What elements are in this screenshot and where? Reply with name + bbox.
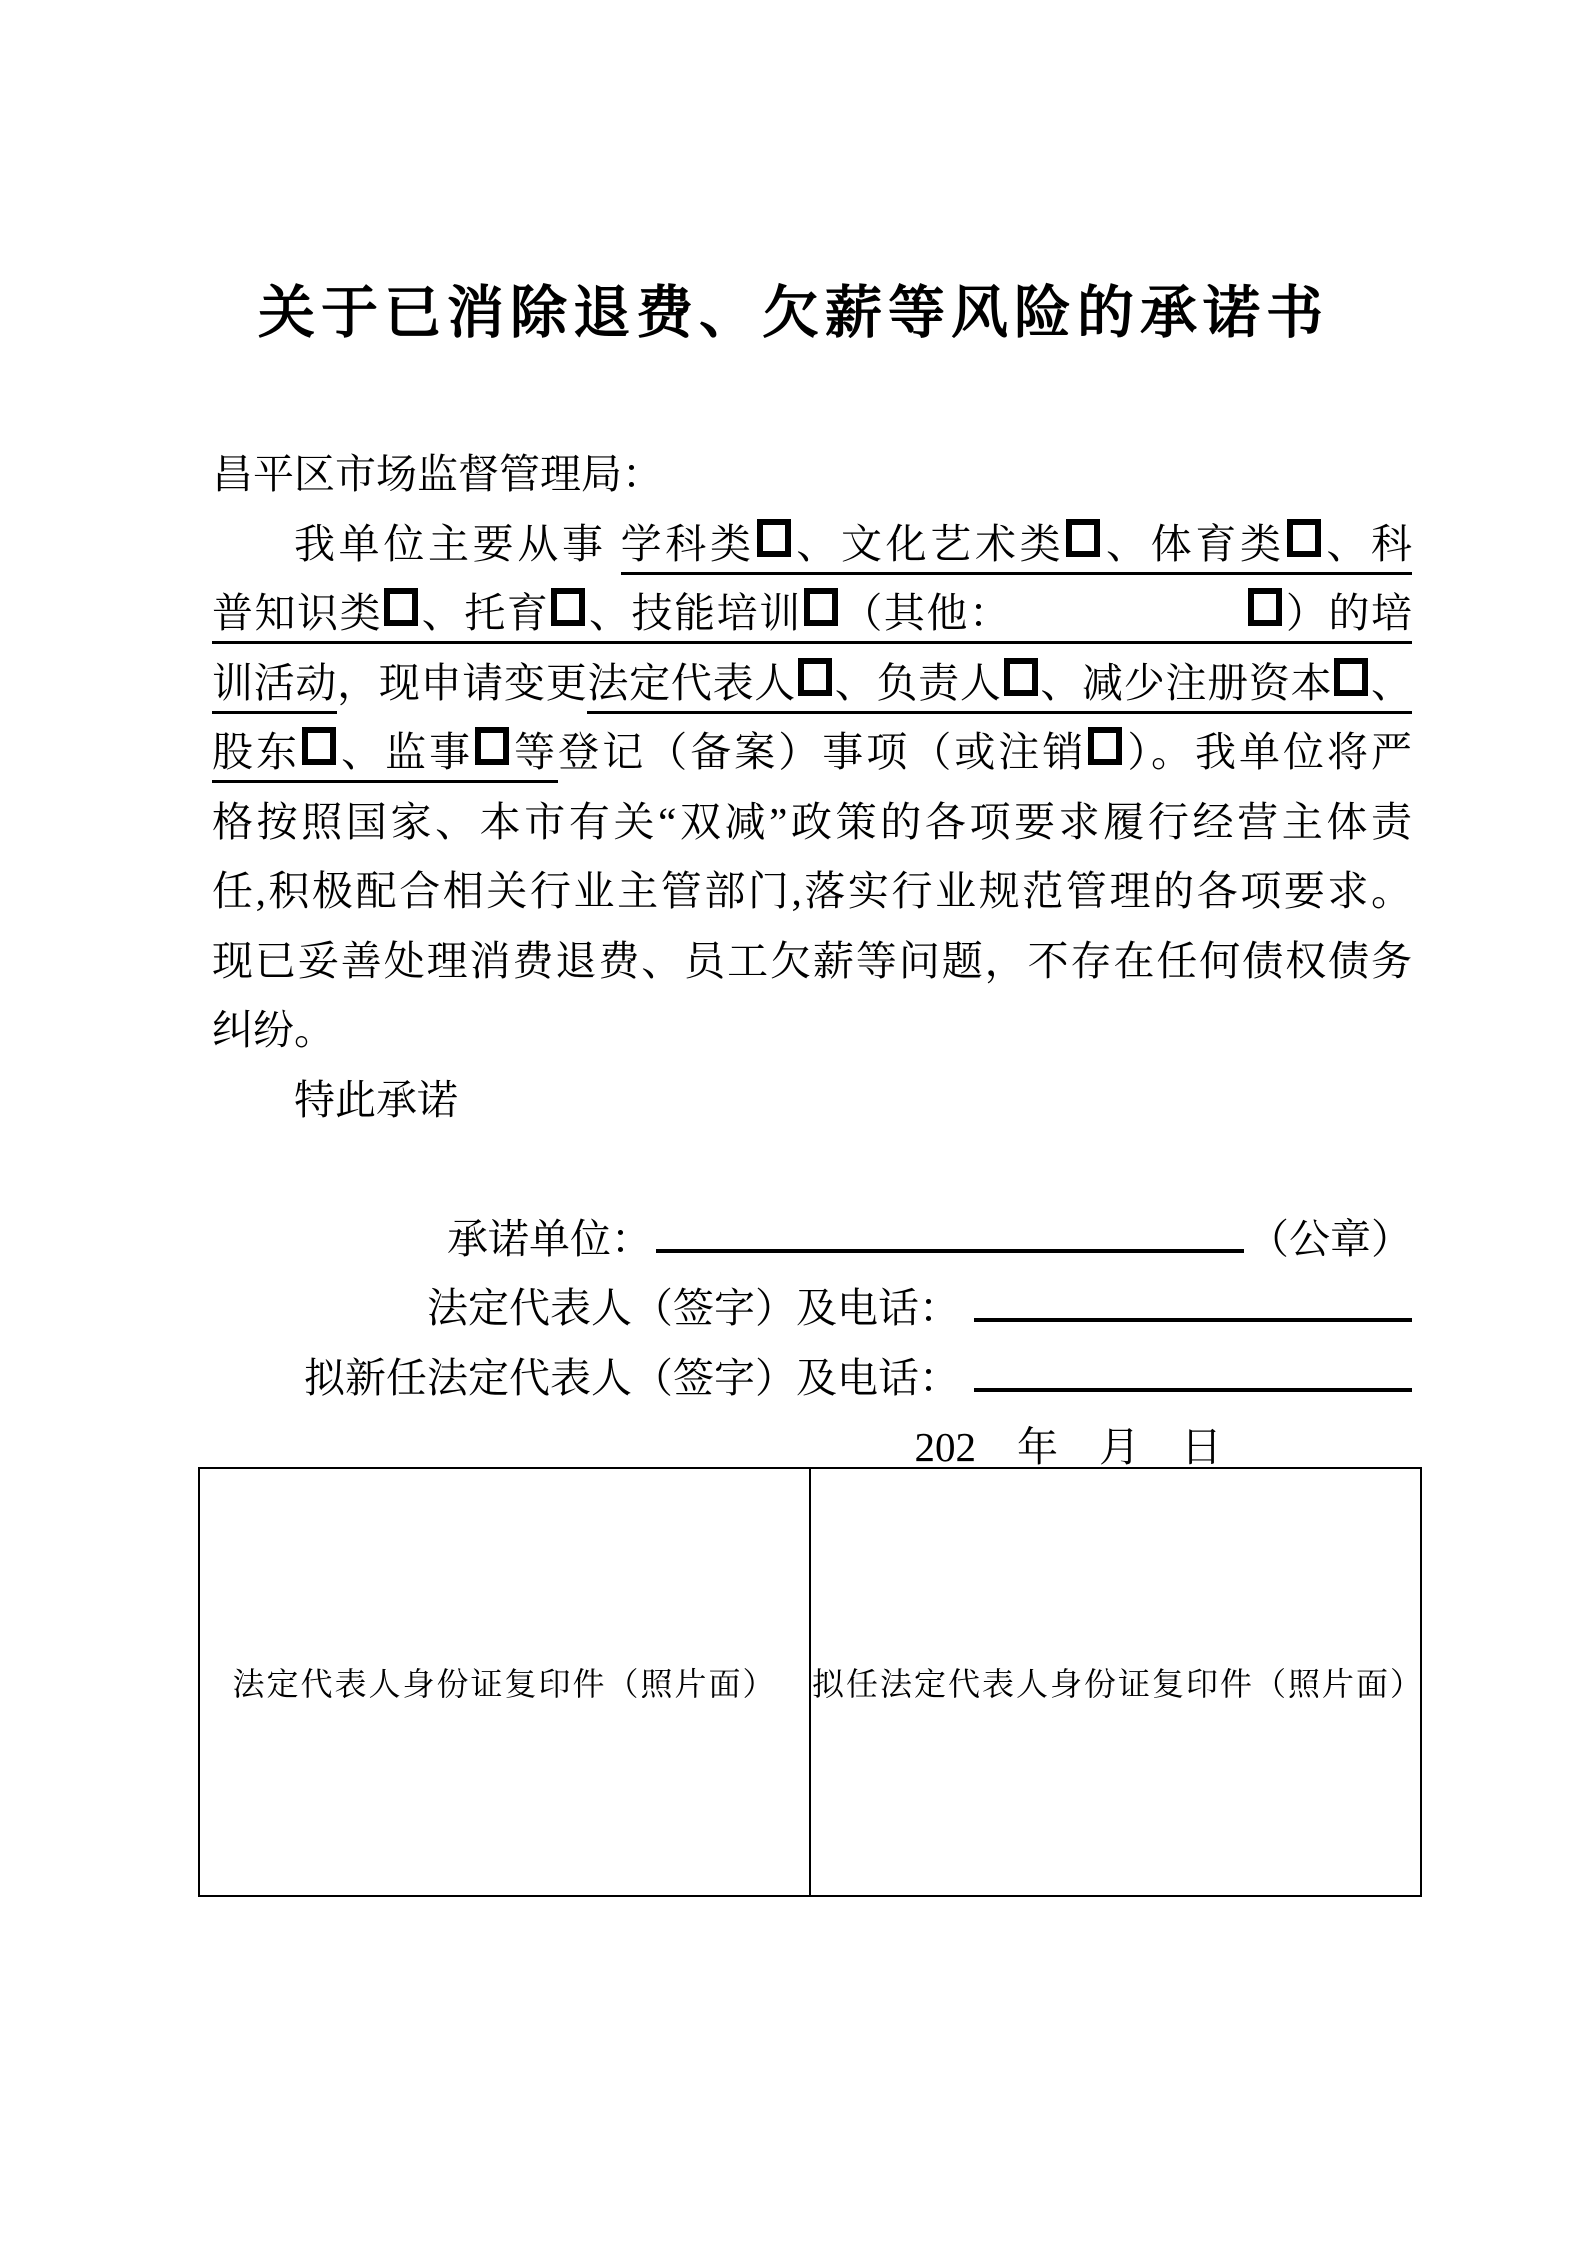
checkbox-icon[interactable] <box>1004 658 1038 696</box>
checkbox-icon[interactable] <box>384 588 418 626</box>
text: 格按照国家、本市有关“双减”政策的各项要求履行经营主体责 <box>212 799 1412 845</box>
salutation: 昌平区市场监督管理局： <box>212 440 1412 510</box>
paragraph-line: 现已妥善处理消费退费、员工欠薪等问题，不存在任何债权债务 <box>212 927 1412 997</box>
signature-proposed-legal-rep-blank[interactable] <box>974 1348 1412 1392</box>
text: 现已妥善处理消费退费、员工欠薪等问题，不存在任何债权债务 <box>212 938 1412 984</box>
document-body: 昌平区市场监督管理局： 我单位主要从事 学科类、文化艺术类、体育类、科普知识类、… <box>212 440 1412 1483</box>
underlined-text: 法定代表人、负责人、减少注册资本、 <box>587 660 1412 714</box>
blank-line <box>212 1135 1412 1205</box>
signature-unit-line: 承诺单位：（公章） <box>212 1205 1412 1275</box>
seal-label: （公章） <box>1248 1216 1412 1262</box>
text: ，现申请变更 <box>337 660 587 706</box>
checkbox-icon[interactable] <box>757 519 791 557</box>
document-title: 关于已消除退费、欠薪等风险的承诺书 <box>0 276 1587 350</box>
signature-legal-rep-blank[interactable] <box>974 1278 1412 1322</box>
underlined-text: 股东、监事等 <box>212 729 558 783</box>
paragraph: 我单位主要从事 学科类、文化艺术类、体育类、科普知识类、托育、技能培训（其他： … <box>212 510 1412 1136</box>
paragraph-line: 我单位主要从事 学科类、文化艺术类、体育类、科 <box>212 510 1412 580</box>
signature-legal-rep-line: 法定代表人（签字）及电话： <box>212 1274 1412 1344</box>
checkbox-icon[interactable] <box>804 588 838 626</box>
checkbox-icon[interactable] <box>1066 519 1100 557</box>
underlined-text: 普知识类、托育、技能培训（其他： ）的培 <box>212 590 1412 644</box>
document-page: 关于已消除退费、欠薪等风险的承诺书 昌平区市场监督管理局： 我单位主要从事 学科… <box>0 0 1587 2245</box>
paragraph-line: 普知识类、托育、技能培训（其他： ）的培 <box>212 579 1412 649</box>
checkbox-icon[interactable] <box>1334 658 1368 696</box>
checkbox-icon[interactable] <box>798 658 832 696</box>
paragraph-line: 训活动，现申请变更法定代表人、负责人、减少注册资本、 <box>212 649 1412 719</box>
text: 登记（备案）事项（或注销）。我单位将严 <box>558 729 1412 775</box>
checkbox-icon[interactable] <box>551 588 585 626</box>
checkbox-icon[interactable] <box>302 727 336 765</box>
checkbox-icon[interactable] <box>1287 519 1321 557</box>
paragraph-line: 任,积极配合相关行业主管部门,落实行业规范管理的各项要求。 <box>212 857 1412 927</box>
id-copy-table: 法定代表人身份证复印件（照片面） 拟任法定代表人身份证复印件（照片面） <box>198 1467 1422 1897</box>
paragraph-line: 特此承诺 <box>212 1066 1412 1136</box>
checkbox-icon[interactable] <box>475 727 509 765</box>
paragraph-line: 格按照国家、本市有关“双减”政策的各项要求履行经营主体责 <box>212 788 1412 858</box>
id-copy-cell-proposed-legal-rep[interactable]: 拟任法定代表人身份证复印件（照片面） <box>810 1468 1421 1896</box>
checkbox-icon[interactable] <box>1248 588 1282 626</box>
checkbox-icon[interactable] <box>1088 727 1122 765</box>
underlined-text: 学科类、文化艺术类、体育类、科 <box>621 521 1412 575</box>
text: 纠纷。 <box>212 1007 335 1053</box>
paragraph-line: 纠纷。 <box>212 996 1412 1066</box>
table-row: 法定代表人身份证复印件（照片面） 拟任法定代表人身份证复印件（照片面） <box>199 1468 1421 1896</box>
id-copy-cell-legal-rep[interactable]: 法定代表人身份证复印件（照片面） <box>199 1468 810 1896</box>
paragraph-line: 股东、监事等登记（备案）事项（或注销）。我单位将严 <box>212 718 1412 788</box>
signature-legal-rep-label: 法定代表人（签字）及电话： <box>427 1285 960 1331</box>
text: 我单位主要从事 <box>294 521 621 567</box>
signature-proposed-legal-rep-label: 拟新任法定代表人（签字）及电话： <box>304 1355 960 1401</box>
signature-unit-blank[interactable] <box>656 1209 1244 1253</box>
signature-proposed-legal-rep-line: 拟新任法定代表人（签字）及电话： <box>212 1344 1412 1414</box>
underlined-text: 训活动 <box>212 660 337 714</box>
signature-unit-label: 承诺单位： <box>447 1216 652 1262</box>
text: 特此承诺 <box>294 1077 458 1123</box>
text: 任,积极配合相关行业主管部门,落实行业规范管理的各项要求。 <box>212 868 1412 914</box>
